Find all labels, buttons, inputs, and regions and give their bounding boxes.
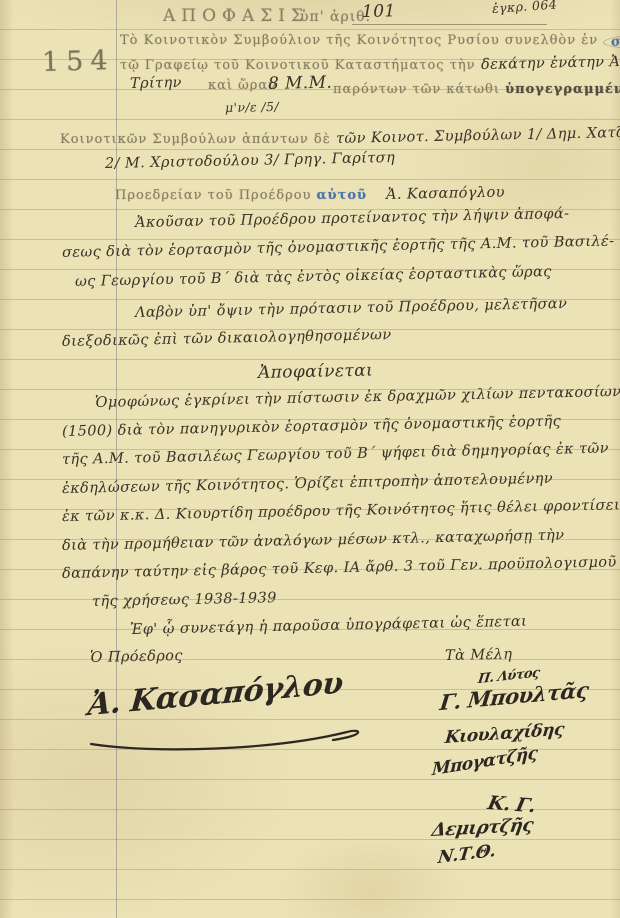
session-day-handwritten: Τρίτην xyxy=(130,75,182,92)
decision-number-handwritten: 101 xyxy=(362,1,396,22)
preamble-line: ως Γεωργίου τοῦ Β΄ διὰ τὰς ἐντὸς οἰκείας… xyxy=(75,264,552,290)
verdict-heading-handwritten: Ἀποφαίνεται xyxy=(258,361,374,383)
scanned-document-page: ΑΠΟΦΑΣΙΣ ὑπ' ἀριθ. 101 ἐγκρ. 064 Τὸ Κοιν… xyxy=(0,0,620,918)
presidency-printed: Προεδρείαν τοῦ Προέδρου xyxy=(115,188,311,203)
president-signature-flourish xyxy=(85,722,385,756)
page-number-stamp: 154 xyxy=(42,45,115,78)
decision-line: Ὁμοφώνως ἐγκρίνει τὴν πίστωσιν ἐκ δραχμῶ… xyxy=(95,384,620,411)
header-line4-printed-c: ὑπογεγραμμένων xyxy=(505,82,620,97)
preamble-line: Ἀκοῦσαν τοῦ Προέδρου προτείναντος τὴν λή… xyxy=(135,206,570,231)
preamble-line: Λαβὸν ὑπ' ὄψιν τὴν πρότασιν τοῦ Προέδρου… xyxy=(135,296,568,321)
attendance-printed: Κοινοτικῶν Συμβούλων ἁπάντων δὲ xyxy=(60,132,331,147)
decision-line: ἐκδηλώσεων τῆς Κοινότητος. Ὁρίζει ἐπιτρο… xyxy=(62,471,553,497)
header-line4-printed-a: καὶ ὥραν xyxy=(208,78,277,93)
member-signature: Κ. Γ. xyxy=(486,792,538,817)
decision-line: ἐκ τῶν κ.κ. Δ. Κιουρτίδη προέδρου τῆς Κο… xyxy=(62,497,620,525)
decision-line: δαπάνην ταύτην εἰς βάρος τοῦ Κεφ. ΙΑ ἄρθ… xyxy=(62,554,617,582)
preamble-line: διεξοδικῶς ἐπὶ τῶν δικαιολογηθησομένων xyxy=(62,327,392,350)
member-signature: Δεμιρτζῆς xyxy=(430,815,534,841)
member-signature: Γ. Μπουλτᾶς xyxy=(438,677,590,715)
preamble-line: σεως διὰ τὸν ἑορτασμὸν τῆς ὀνομαστικῆς ἑ… xyxy=(62,233,615,261)
decision-number-underline xyxy=(352,24,547,25)
corner-annotation-handwritten: ἐγκρ. 064 xyxy=(491,0,557,16)
session-time-handwritten: 8 Μ.Μ. xyxy=(268,73,333,94)
presidency-stamp-word: αὐτοῦ xyxy=(317,188,367,203)
attendance-members-line2-handwritten: 2/ Μ. Χριστοδούλου 3/ Γρηγ. Γαρίτση xyxy=(105,150,395,172)
header-line4-printed-b: παρόντων τῶν κάτωθι xyxy=(333,82,500,97)
header-line2-stamp-word: συνεδριάσει xyxy=(603,30,620,51)
document-title: ΑΠΟΦΑΣΙΣ xyxy=(163,6,309,26)
member-signature: Ν.Τ.Θ. xyxy=(437,841,497,868)
decision-line: διὰ τὴν προμήθειαν τῶν ἀναλόγων μέσων κτ… xyxy=(62,527,565,554)
session-date-handwritten: δεκάτην ἐνάτην Ἀπριλίου xyxy=(481,53,620,73)
decision-line: τῆς χρήσεως 1938-1939 xyxy=(92,590,277,610)
member-signature: Μπογατζῆς xyxy=(431,743,537,780)
header-line3-printed-a: τῷ Γραφείῳ τοῦ Κοινοτικοῦ Καταστήματος τ… xyxy=(120,58,476,73)
header-line2-printed: Τὸ Κοινοτικὸν Συμβούλιον τῆς Κοινότητος … xyxy=(120,33,598,48)
president-signature: Ἀ. Κασαπόγλου xyxy=(86,666,344,724)
member-signature: Κιουλαχίδης xyxy=(444,720,565,749)
closing-statement-handwritten: Ἐφ' ᾧ συνετάγη ἡ παροῦσα ὑπογράφεται ὡς … xyxy=(130,614,528,638)
decision-line: τῆς Α.Μ. τοῦ Βασιλέως Γεωργίου τοῦ Β΄ ψή… xyxy=(62,441,609,468)
members-label-handwritten: Τὰ Μέλη xyxy=(445,647,513,664)
president-label-handwritten: Ὁ Πρόεδρος xyxy=(90,648,183,666)
decision-number-label: ὑπ' ἀριθ. xyxy=(300,9,371,25)
presidency-name-handwritten: Ἀ. Κασαπόγλου xyxy=(386,185,505,203)
margin-note-handwritten: μ'ν/ε /5/ xyxy=(225,99,279,115)
decision-line: (1500) διὰ τὸν πανηγυρικὸν ἑορτασμὸν τῆς… xyxy=(62,414,561,440)
attendance-members-handwritten: τῶν Κοινοτ. Συμβούλων 1/ Δημ. Χατζάκη xyxy=(336,124,620,147)
